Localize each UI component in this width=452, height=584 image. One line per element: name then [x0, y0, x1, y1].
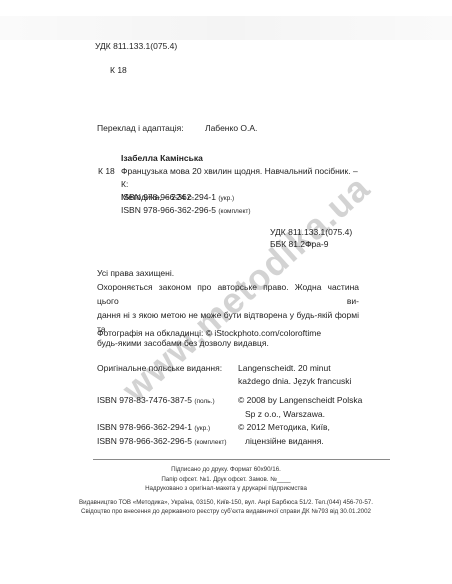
isbn-ukr2: ISBN 978-966-362-294-1 — [97, 422, 192, 432]
isbn-row: ISBN 978-966-362-294-1 (укр.) © 2012 Мет… — [97, 421, 397, 435]
isbn-top-block: ISBN 978-966-362-294-1 (укр.) ISBN 978-9… — [121, 192, 251, 217]
udc-top: УДК 811.133.1(075.4) — [95, 40, 177, 53]
imprint-publisher-info: Видавництво ТОВ «Методика», Україна, 031… — [24, 498, 428, 517]
isbn-left: ISBN 978-83-7476-387-5 (поль.) — [97, 394, 238, 408]
copyright-2012: © 2012 Методика, Київ, — [238, 421, 330, 435]
isbn-set: ISBN 978-966-362-296-5 — [121, 205, 216, 215]
photo-credit: Фотографія на обкладинці: © iStockphoto.… — [97, 327, 321, 340]
imprint-line1: Підписано до друку. Формат 60х90/16. — [24, 465, 428, 475]
isbn-set2-note: (комплект) — [194, 439, 226, 446]
isbn-ukr2-note: (укр.) — [194, 425, 210, 432]
catalog-title-line1: Французька мова 20 хвилин щодня. Навчаль… — [121, 165, 363, 191]
udc-value: УДК 811.133.1(075.4) — [270, 226, 352, 238]
isbn-pol-note: (поль.) — [194, 398, 214, 405]
translation-label: Переклад і адаптація: — [97, 122, 184, 135]
copyright-2008: © 2008 by Langenscheidt Polska — [238, 394, 362, 408]
bbk-value: ББК 81.2Фра-9 — [270, 238, 352, 250]
catalog-code-top: К 18 — [110, 64, 127, 77]
isbn-pol: ISBN 978-83-7476-387-5 — [97, 395, 192, 405]
rights-intro: Усі права захищені. — [97, 266, 359, 280]
polish-edition-label: Оригінальне польське видання: — [97, 362, 222, 375]
book-imprint-page: www.metodika.ua УДК 811.133.1(075.4) К 1… — [0, 0, 452, 584]
copyright-warszawa: Sp z o.o., Warszawa. — [238, 408, 325, 420]
imprint-line3: Надруковано з оригінал-макета у друкарні… — [24, 484, 428, 494]
author-name: Ізабелла Камінська — [121, 152, 203, 165]
imprint-line4: Видавництво ТОВ «Методика», Україна, 031… — [24, 498, 428, 508]
imprint-block: Підписано до друку. Формат 60х90/16. Пап… — [24, 465, 428, 517]
isbn-set2: ISBN 978-966-362-296-5 — [97, 436, 192, 446]
isbn-row: ISBN 978-966-362-296-5 (комплект) ліценз… — [97, 435, 397, 449]
isbn-row: ISBN 978-83-7476-387-5 (поль.) © 2008 by… — [97, 394, 397, 408]
imprint-print-info: Підписано до друку. Формат 60х90/16. Пап… — [24, 465, 428, 494]
license-note: ліцензійне видання. — [238, 435, 324, 449]
udc-bbk-block: УДК 811.133.1(075.4) ББК 81.2Фра-9 — [270, 226, 352, 250]
rights-line1: Охороняється законом про авторське право… — [97, 280, 359, 308]
isbn-ukr: ISBN 978-966-362-294-1 — [121, 192, 216, 202]
isbn-set-note: (комплект) — [218, 208, 250, 215]
imprint-line2: Папір офсет. №1. Друк офсет. Замов. №___… — [24, 475, 428, 485]
isbn-copyright-block: ISBN 978-83-7476-387-5 (поль.) © 2008 by… — [97, 394, 397, 450]
catalog-code: К 18 — [98, 165, 115, 178]
isbn-left — [97, 408, 238, 420]
isbn-ukr-line: ISBN 978-966-362-294-1 (укр.) — [121, 192, 251, 205]
divider-rule — [93, 459, 390, 460]
isbn-left: ISBN 978-966-362-296-5 (комплект) — [97, 435, 238, 449]
scan-artifact-band — [0, 16, 452, 40]
translation-name: Лабенко О.А. — [205, 122, 257, 135]
polish-edition-line1: Langenscheidt. 20 minut — [238, 362, 351, 375]
isbn-set-line: ISBN 978-966-362-296-5 (комплект) — [121, 205, 251, 218]
isbn-ukr-note: (укр.) — [218, 195, 234, 202]
imprint-line5: Свідоцтво про внесення до державного реє… — [24, 507, 428, 517]
isbn-row: Sp z o.o., Warszawa. — [97, 408, 397, 420]
polish-edition-value: Langenscheidt. 20 minut każdego dnia. Ję… — [238, 362, 351, 388]
isbn-left: ISBN 978-966-362-294-1 (укр.) — [97, 421, 238, 435]
polish-edition-line2: każdego dnia. Język francuski — [238, 375, 351, 388]
